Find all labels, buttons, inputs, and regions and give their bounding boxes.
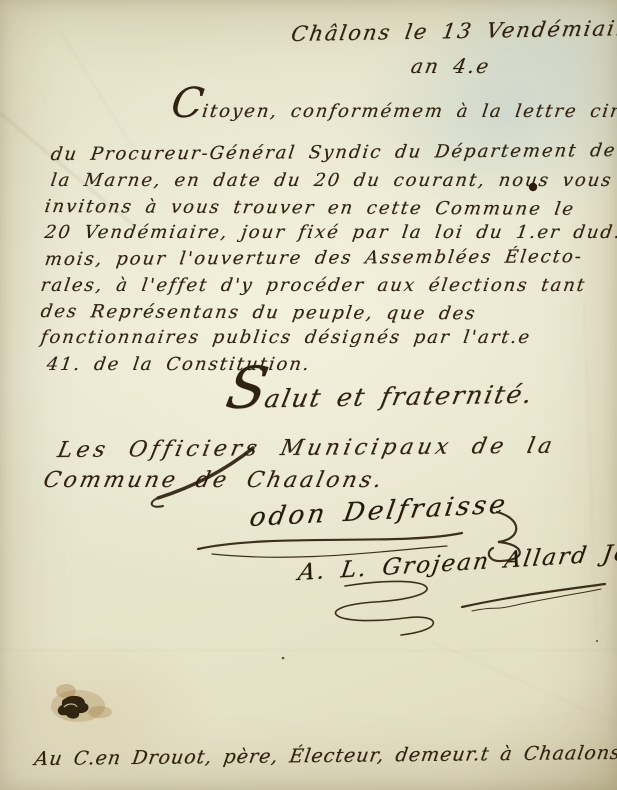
dateline-year: an 4.e [409,56,492,76]
paper-crease [430,640,617,730]
letter-scan: Châlons le 13 Vendémiaire an 4.e Citoyen… [0,0,617,790]
body-line: la Marne, en date du 20 du courant, nous… [49,172,613,190]
signoff-line: Commune de Chaalons. [41,470,386,492]
signature-grojean-allard-jouette: A. L. Grojean Allard Jouette [297,538,617,585]
body-line: 20 Vendémiaire, jour fixé par la loi du … [43,224,617,242]
body-line: Citoyen, conformémem à la lettre circula… [169,101,617,121]
paper-crease [59,30,139,158]
closing-salutation: Salut et fraternité. [223,381,536,412]
body-line: fonctionnaires publics désignés par l'ar… [39,329,532,347]
body-line: du Procureur-Général Syndic du Départeme… [50,142,617,164]
paper-crease [0,650,617,651]
body-line: mois, pour l'ouverture des Assemblées Él… [44,248,584,269]
body-line: rales, à l'effet d'y procéder aux électi… [39,277,587,295]
paper-crease [584,300,597,630]
body-line: des Représentans du peuple, que des [39,303,477,323]
signature-delfraisse: odon Delfraisse [248,492,510,531]
body-line: invitons à vous trouver en cette Commune… [43,198,576,219]
ink-blot-stain [51,684,112,722]
signoff-line: Les Officiers Municipaux de la [56,436,558,462]
dateline-place-date: Châlons le 13 Vendémiaire [290,18,617,45]
address-line: Au C.en Drouot, père, Électeur, demeur.t… [33,744,617,769]
